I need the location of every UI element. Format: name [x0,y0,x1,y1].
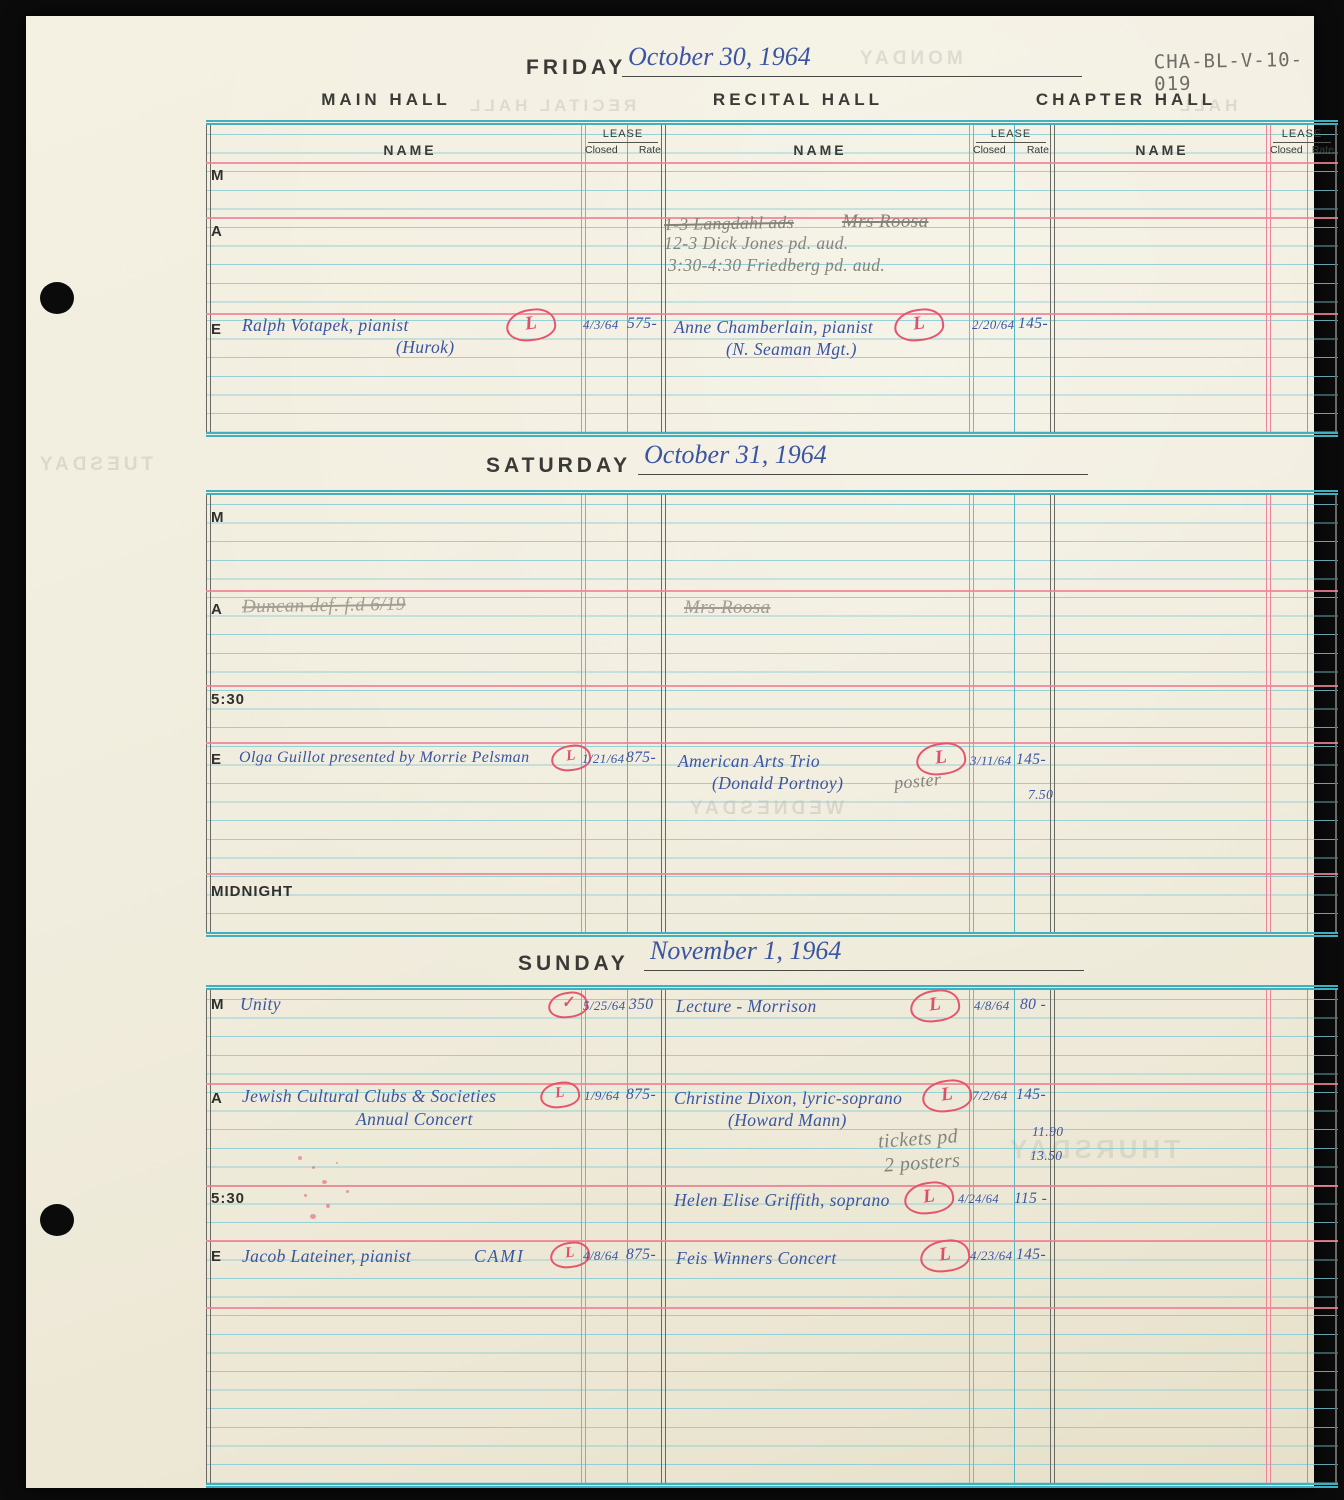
saturday-recital-e-name: American Arts Trio [678,751,820,772]
row-separator [206,590,1338,592]
row-separator [206,1307,1338,1309]
hall-header-recital: RECITAL HALL [688,90,908,110]
sunday-recital-e-rate: 145- [1016,1246,1046,1264]
sunday-recital-530-closed: 4/24/64 [958,1192,999,1207]
row-label-midnight: MIDNIGHT [211,883,293,900]
sunday-recital-a-amount2: 13.50 [1030,1148,1062,1164]
closed-label: Closed [973,144,1006,156]
sunday-main-e-agency: CAMI [474,1246,525,1267]
friday-recital-e-lease-mark: L [892,306,946,344]
row-label-m: M [211,509,225,526]
friday-recital-a-cancelled: 1-3 Langdahl ads [664,212,794,235]
row-label-e: E [211,321,222,338]
sunday-recital-a-closed: 7/2/64 [972,1088,1008,1104]
sunday-recital-530-name: Helen Elise Griffith, soprano [674,1190,890,1211]
saturday-main-e-rate: 875- [626,749,656,767]
friday-table: NAME NAME NAME LEASE ClosedRate LEASE Cl… [206,120,1338,437]
hole-punch-top [40,282,74,314]
saturday-recital-a-cancelled: Mrs Roosa [684,597,770,619]
lease-rule [976,142,1046,143]
friday-recital-e-closed: 2/20/64 [972,317,1015,333]
sunday-main-m-rate: 350 [629,996,653,1014]
row-separator [206,742,1338,744]
sunday-main-a-name: Jewish Cultural Clubs & Societies [242,1086,496,1107]
ink-splatter [336,1162,338,1164]
chapter-name-header: NAME [1062,142,1262,158]
sunday-recital-a-agency: (Howard Mann) [728,1110,847,1131]
closed-label: Closed [585,144,618,156]
sunday-recital-e-lease-mark: L [918,1237,972,1275]
row-label-m: M [211,996,225,1013]
saturday-recital-e-rate2: 7.50 [1028,787,1053,803]
friday-recital-a-line2: 12-3 Dick Jones pd. aud. [664,233,849,254]
day-title-saturday: SATURDAY [486,454,631,478]
saturday-recital-e-rate: 145- [1016,751,1046,769]
sunday-recital-e-closed: 4/23/64 [970,1248,1013,1264]
sunday-recital-a-note2: 2 posters [883,1149,961,1177]
row-separator [206,873,1338,875]
row-label-530: 5:30 [211,1190,245,1207]
main-name-header: NAME [310,142,510,158]
lease-rule [1273,142,1331,143]
friday-recital-e-agency: (N. Seaman Mgt.) [726,339,857,360]
sunday-table: M A 5:30 E Unity ✓ 5/25/64 350 Lecture -… [206,985,1338,1488]
sunday-main-e-name: Jacob Lateiner, pianist [242,1246,411,1267]
day-date-sunday: November 1, 1964 [644,936,1084,971]
sunday-main-m-name: Unity [240,994,281,1015]
ink-splatter [346,1190,349,1193]
hole-punch-bottom [40,1204,74,1236]
sunday-main-a-closed: 1/9/64 [584,1088,620,1104]
saturday-recital-e-agency: (Donald Portnoy) [712,773,843,794]
row-separator [206,1240,1338,1242]
row-label-530: 5:30 [211,691,245,708]
sunday-main-e-rate: 875- [626,1246,656,1264]
hall-header-chapter: CHAPTER HALL [1016,90,1236,110]
sunday-recital-e-name: Feis Winners Concert [676,1248,837,1269]
ledger-scan-screenshot: { "catalog_number": "CHA-BL-V-10-019", "… [0,0,1344,1500]
sunday-recital-m-closed: 4/8/64 [974,998,1010,1014]
friday-main-e-name: Ralph Votapek, pianist [242,315,409,336]
ink-splatter [310,1214,316,1219]
row-label-m: M [211,167,225,184]
day-title-sunday: SUNDAY [518,952,629,976]
friday-main-e-rate: 575- [627,315,657,333]
sunday-main-a-name2: Annual Concert [356,1109,473,1130]
rate-label: Rate [639,144,661,156]
friday-main-e-agency: (Hurok) [396,337,455,358]
bleedthrough-tuesday: TUESDAY [36,454,153,476]
recital-name-header: NAME [720,142,920,158]
sunday-main-m-closed: 5/25/64 [583,998,626,1014]
saturday-main-a-cancelled: Duncan def. f.d 6/19 [242,594,406,619]
friday-recital-a-line3: 3:30-4:30 Friedberg pd. aud. [668,255,885,276]
closed-label: Closed [1270,144,1303,156]
recital-lease-header: LEASE ClosedRate [970,128,1052,156]
row-separator [206,685,1338,687]
sunday-recital-m-name: Lecture - Morrison [676,996,817,1017]
friday-main-e-closed: 4/3/64 [583,317,619,333]
day-date-friday: October 30, 1964 [622,42,1082,77]
row-label-e: E [211,751,222,768]
ink-splatter [304,1194,307,1197]
scanned-ledger-page: MONDAY RECITAL HALL HALL TUESDAY WEDNESD… [26,16,1314,1488]
sunday-recital-a-amount1: 11.90 [1032,1124,1063,1140]
sunday-recital-m-rate: 80 - [1020,996,1046,1014]
sunday-recital-m-lease-mark: L [908,987,962,1025]
friday-recital-e-name: Anne Chamberlain, pianist [674,317,873,338]
rate-label: Rate [1027,144,1049,156]
row-separator [206,162,1338,164]
day-title-friday: FRIDAY [526,56,626,80]
row-label-a: A [211,1090,223,1107]
ink-splatter [326,1204,330,1208]
ink-splatter [312,1166,315,1169]
sunday-main-e-closed: 4/8/64 [583,1248,619,1264]
row-label-e: E [211,1248,222,1265]
saturday-table: M A 5:30 E MIDNIGHT Duncan def. f.d 6/19… [206,490,1338,937]
saturday-main-e-closed: 1/21/64 [582,751,625,767]
sunday-main-a-rate: 875- [626,1086,656,1104]
friday-recital-e-rate: 145- [1018,315,1048,333]
ink-splatter [322,1180,327,1184]
row-separator [206,1083,1338,1085]
sunday-recital-a-rate: 145- [1016,1086,1046,1104]
saturday-recital-e-note: poster [893,769,942,794]
sunday-recital-a-name: Christine Dixon, lyric-soprano [674,1088,902,1109]
catalog-number: CHA-BL-V-10-019 [1154,49,1315,96]
row-label-a: A [211,223,223,240]
sunday-recital-530-rate: 115 - [1014,1190,1047,1208]
friday-main-e-lease-mark: L [504,306,558,344]
ink-splatter [298,1156,302,1160]
saturday-recital-e-closed: 3/11/64 [970,753,1012,769]
day-date-saturday: October 31, 1964 [638,440,1088,475]
main-lease-header: LEASE ClosedRate [582,128,664,156]
rate-label: Rate [1312,144,1334,156]
saturday-main-e-name: Olga Guillot presented by Morrie Pelsman [239,749,529,767]
lease-rule [588,142,658,143]
friday-recital-a-cancelled-name: Mrs Roosa [842,211,928,233]
row-separator [206,1185,1338,1187]
hall-header-main: MAIN HALL [276,90,496,110]
chapter-lease-header: LEASE ClosedRate [1267,128,1337,156]
row-label-a: A [211,601,223,618]
